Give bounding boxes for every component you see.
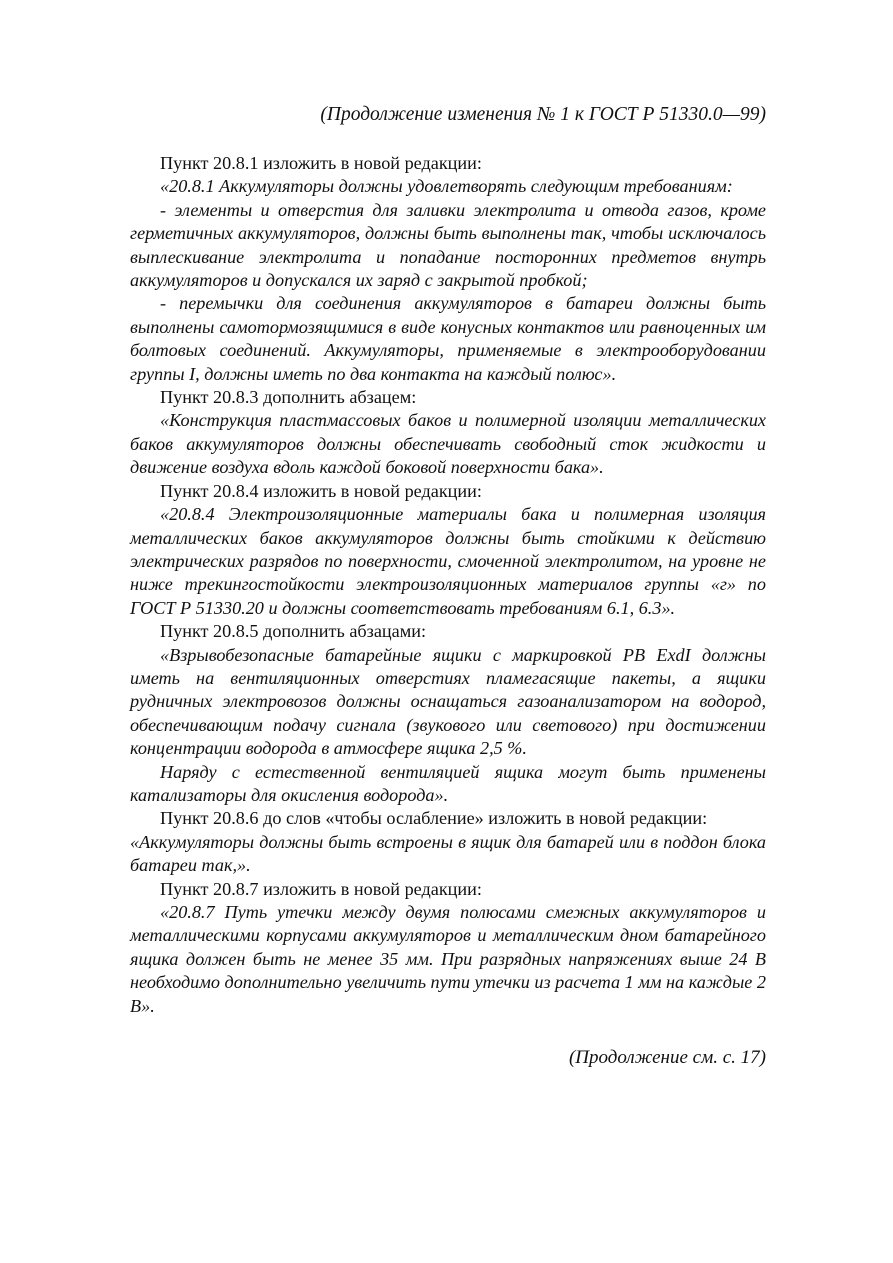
paragraph-command-20-8-6: Пункт 20.8.6 до слов «чтобы ослабление» … (130, 807, 766, 830)
page-footer: (Продолжение см. с. 17) (130, 1046, 766, 1070)
paragraph-quote-20-8-3: «Конструкция пластмассовых баков и полим… (130, 409, 766, 479)
paragraph-quote-20-8-6: «Аккумуляторы должны быть встроены в ящи… (130, 831, 766, 878)
page-header: (Продолжение изменения № 1 к ГОСТ Р 5133… (130, 103, 766, 127)
paragraph-quote-20-8-4: «20.8.4 Электроизоляционные материалы ба… (130, 503, 766, 620)
footer-continuation-note: (Продолжение см. с. 17) (569, 1047, 766, 1068)
paragraph-quote-20-8-5-b: Наряду с естественной вентиляцией ящика … (130, 761, 766, 808)
paragraph-command-20-8-5: Пункт 20.8.5 дополнить абзацами: (130, 620, 766, 643)
header-continuation-note: (Продолжение изменения № 1 к ГОСТ Р 5133… (320, 104, 766, 125)
paragraph-quote-20-8-1-item-2: - перемычки для соединения аккумуляторов… (130, 292, 766, 386)
paragraph-command-20-8-3: Пункт 20.8.3 дополнить абзацем: (130, 386, 766, 409)
paragraph-quote-20-8-1-intro: «20.8.1 Аккумуляторы должны удовлетворят… (130, 175, 766, 198)
document-body: Пункт 20.8.1 изложить в новой редакции: … (130, 152, 766, 1018)
paragraph-command-20-8-1: Пункт 20.8.1 изложить в новой редакции: (130, 152, 766, 175)
paragraph-quote-20-8-1-item-1: - элементы и отверстия для заливки элект… (130, 199, 766, 293)
paragraph-quote-20-8-5-a: «Взрывобезопасные батарейные ящики с мар… (130, 644, 766, 761)
paragraph-quote-20-8-7: «20.8.7 Путь утечки между двумя полюсами… (130, 901, 766, 1018)
paragraph-command-20-8-4: Пункт 20.8.4 изложить в новой редакции: (130, 480, 766, 503)
paragraph-command-20-8-7: Пункт 20.8.7 изложить в новой редакции: (130, 878, 766, 901)
